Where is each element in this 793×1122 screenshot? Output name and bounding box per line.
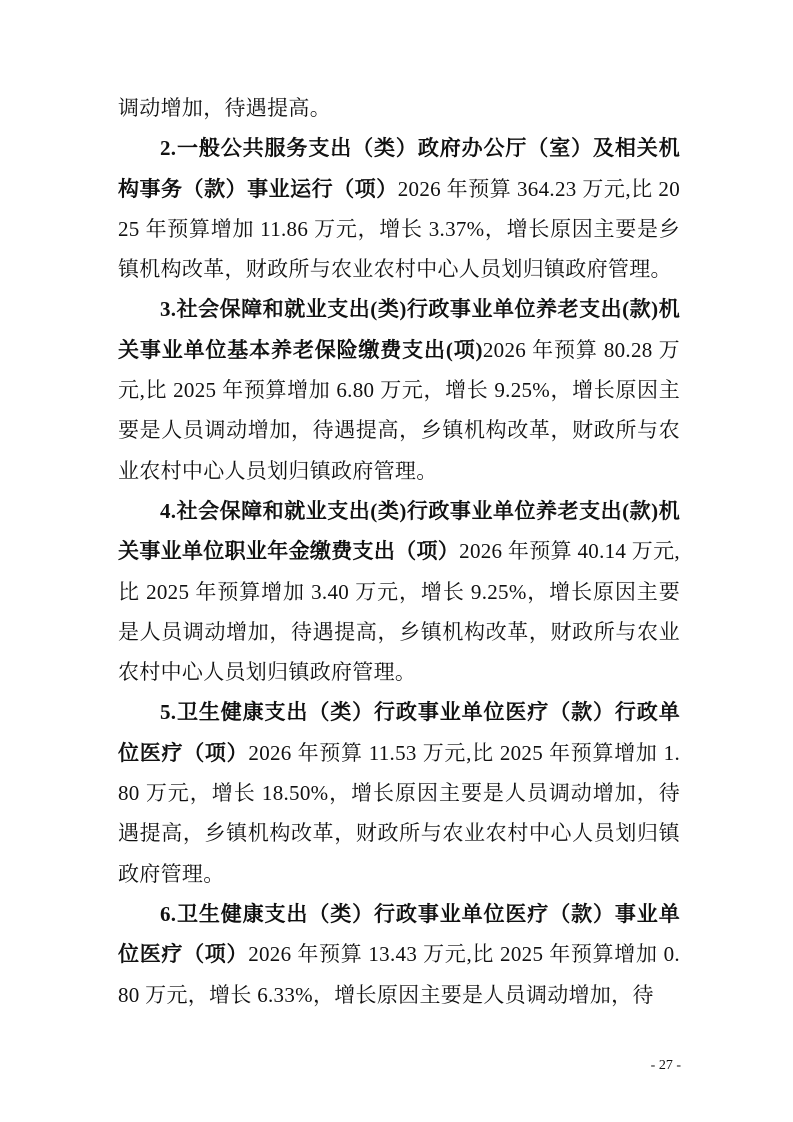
paragraph-continuation: 调动增加，待遇提高。 [118,88,680,128]
page-number: - 27 - [651,1057,681,1075]
budget-item-5: 5.卫生健康支出（类）行政事业单位医疗（款）行政单位医疗（项）2026 年预算 … [118,692,680,893]
budget-item-3: 3.社会保障和就业支出(类)行政事业单位养老支出(款)机关事业单位基本养老保险缴… [118,289,680,490]
document-content: 调动增加，待遇提高。 2.一般公共服务支出（类）政府办公厅（室）及相关机构事务（… [118,88,680,1015]
document-page: 调动增加，待遇提高。 2.一般公共服务支出（类）政府办公厅（室）及相关机构事务（… [0,0,793,1122]
budget-item-6: 6.卫生健康支出（类）行政事业单位医疗（款）事业单位医疗（项）2026 年预算 … [118,894,680,1015]
budget-item-2: 2.一般公共服务支出（类）政府办公厅（室）及相关机构事务（款）事业运行（项）20… [118,128,680,289]
continuation-text: 调动增加，待遇提高。 [118,96,331,120]
budget-item-4: 4.社会保障和就业支出(类)行政事业单位养老支出(款)机关事业单位职业年金缴费支… [118,491,680,692]
